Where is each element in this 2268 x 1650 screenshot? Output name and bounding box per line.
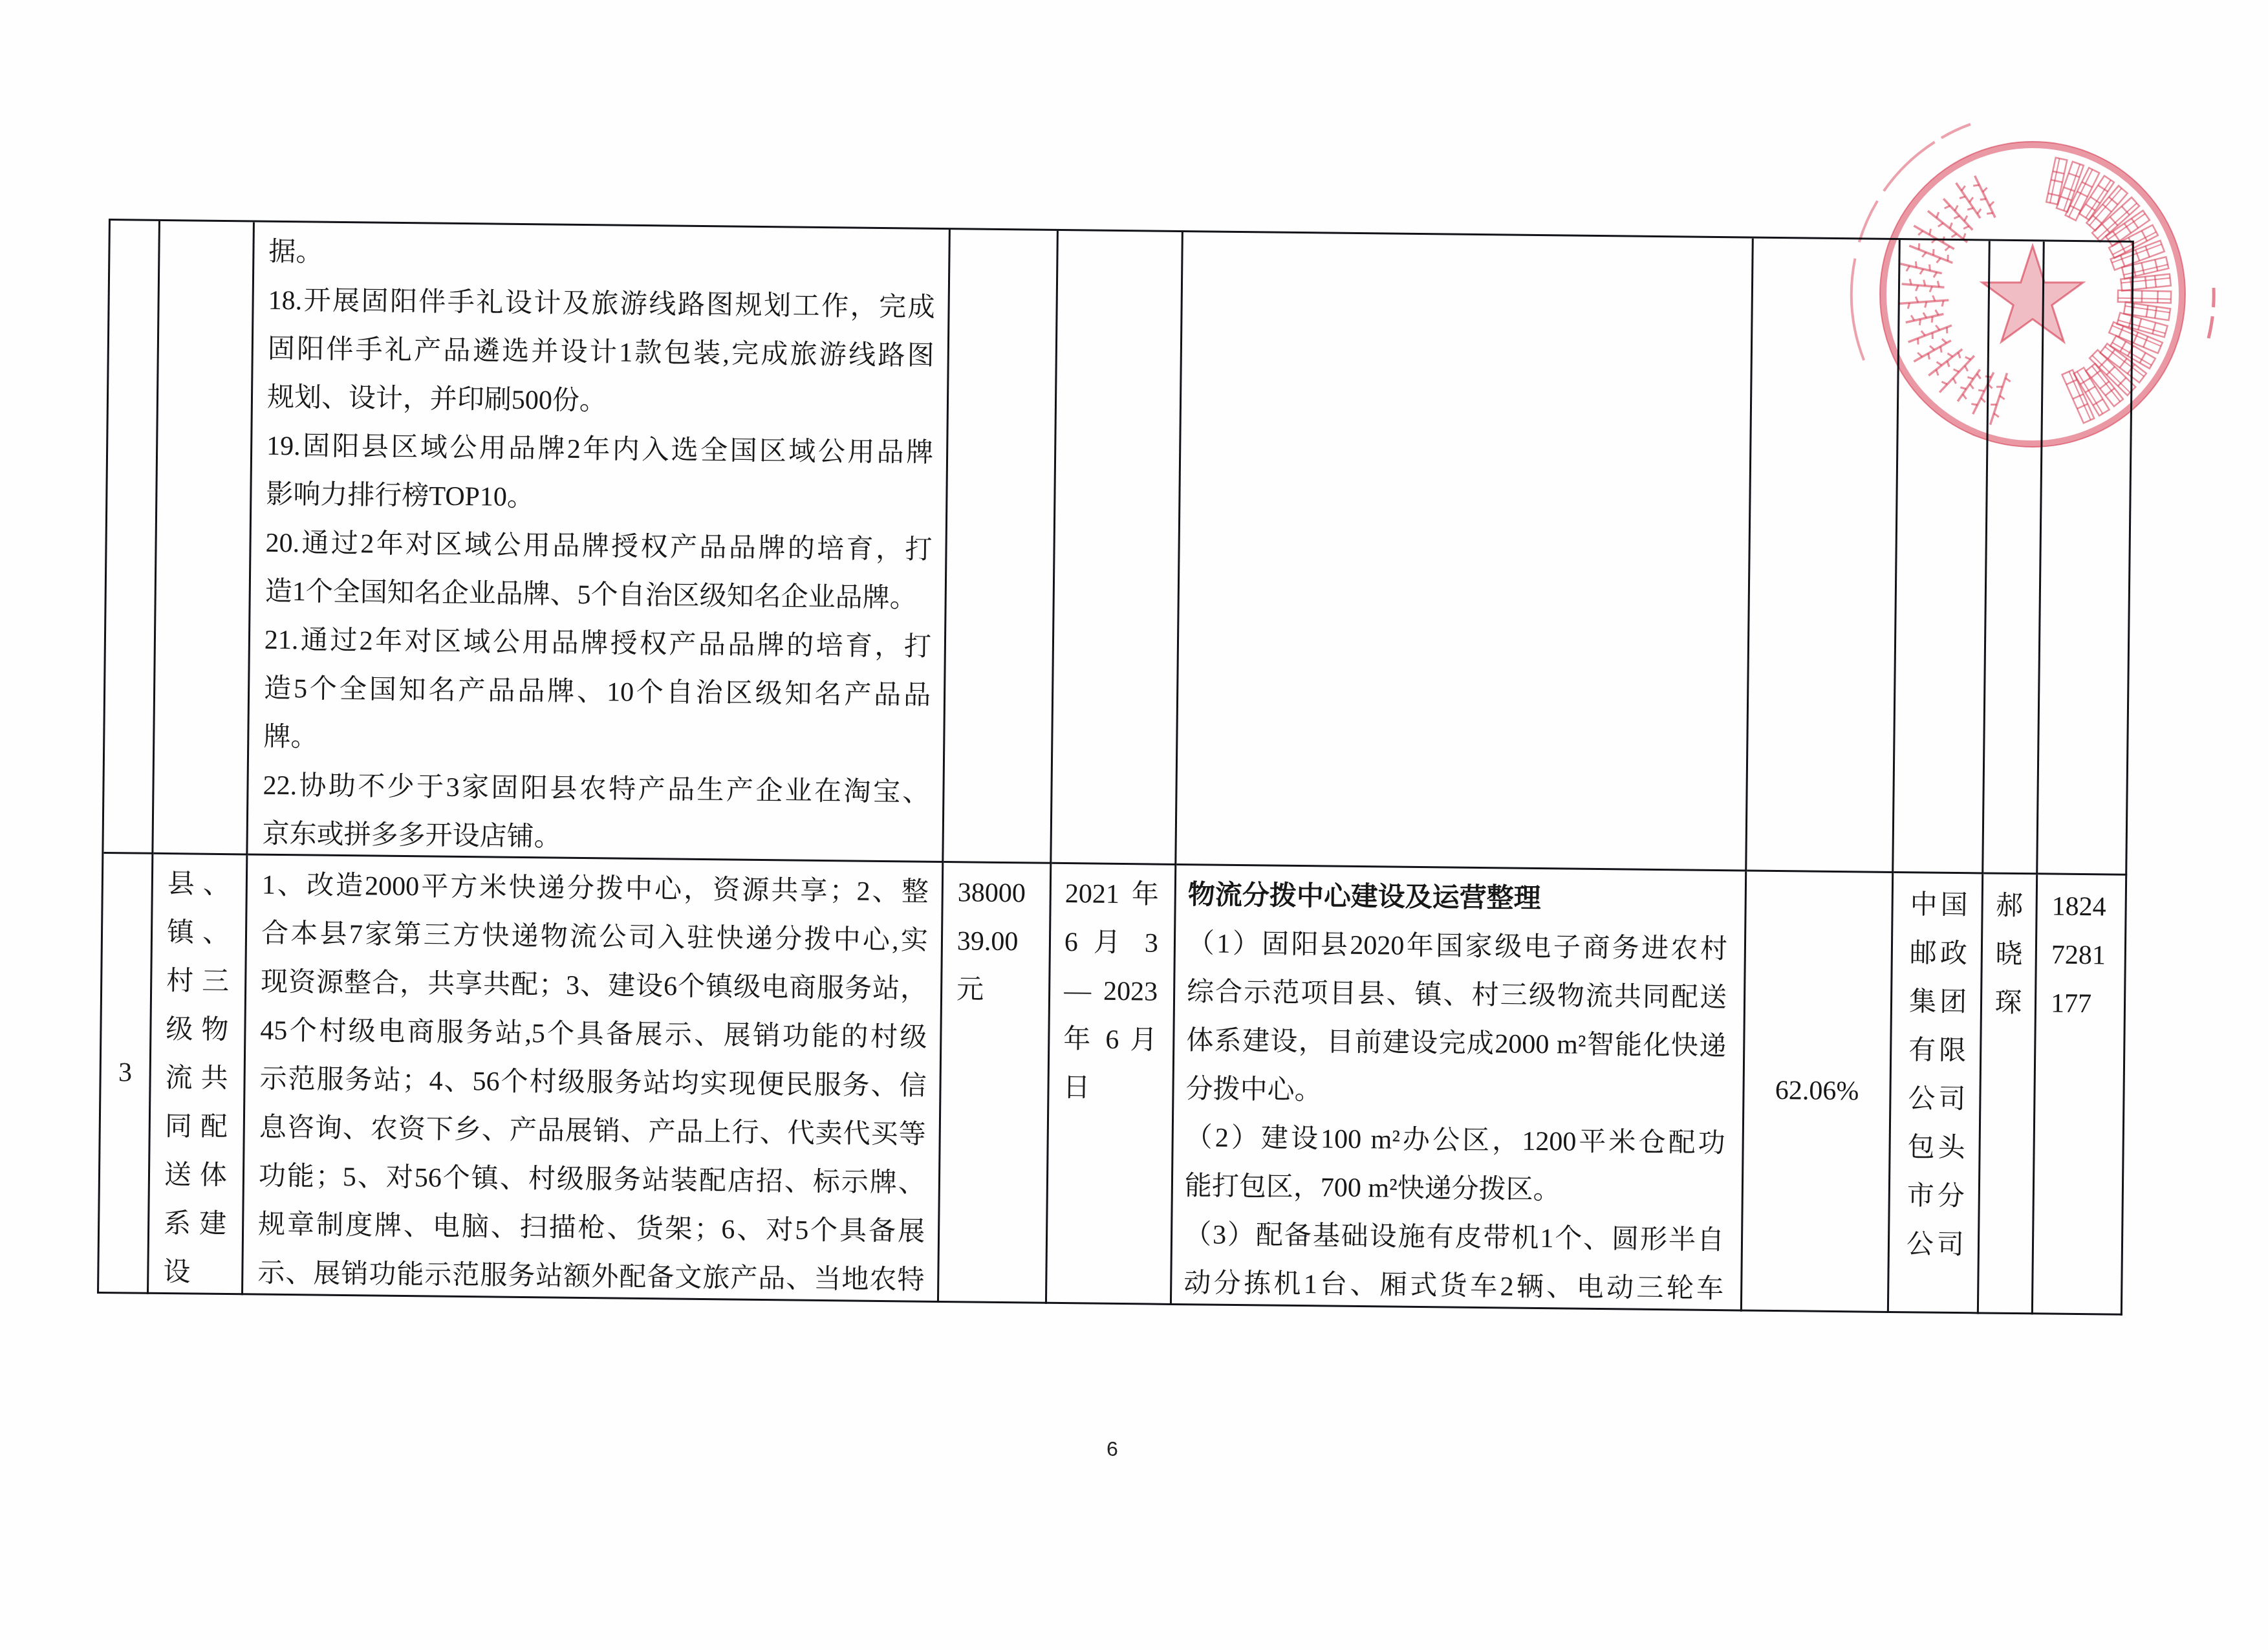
text-line: 息咨询、农资下乡、产品展销、产品上行、代卖代买等: [259, 1104, 926, 1160]
text-line: 22.协助不少于3家固阳县农特产品生产企业在淘宝、: [263, 762, 930, 818]
progress-title: [1194, 238, 1735, 292]
unit-lines: 中国邮政集团有限公司包头市分公司: [1906, 881, 1980, 1270]
seal-script-stroke: [2090, 197, 2100, 203]
seal-script-stroke: [2082, 182, 2092, 187]
text-line: 元: [956, 966, 1045, 1015]
seal-script-stroke: [2092, 197, 2139, 241]
seal-script-stroke: [2086, 186, 2127, 230]
seal-script-stroke: [2155, 276, 2156, 287]
text-line: 19.固阳县区域公用品牌2年内入选全国区域公用品牌: [266, 422, 934, 478]
seal-script-stroke: [1963, 215, 1969, 221]
text-line: 分拨中心。: [1185, 1065, 1726, 1120]
seal-script-stroke: [1918, 230, 1923, 236]
cell-completion-rate: 62.06%: [1742, 871, 1894, 1312]
text-line: 能打包区，700 m²快递分拨区。: [1184, 1162, 1725, 1217]
text-line: 20.通过2年对区域公用品牌授权产品品牌的培育，打: [265, 519, 933, 575]
seal-script-stroke: [1982, 188, 1988, 192]
seal-script-stroke: [1967, 206, 1973, 212]
seal-script-stroke: [2110, 217, 2118, 225]
contact-lines: [1991, 248, 2043, 249]
text-line: 晓: [1982, 930, 2035, 979]
period-lines: [1072, 237, 1166, 238]
seal-script-stroke: [2108, 213, 2145, 239]
seal-script-stroke: [1928, 229, 1932, 235]
seal-script-stroke: [2142, 231, 2147, 241]
seal-script-stroke: [2060, 197, 2071, 201]
text-line: 1824: [2051, 883, 2125, 932]
text-line: 公司: [1908, 1075, 1978, 1124]
progress-paragraphs: （1）固阳县2020年国家级电子商务进农村综合示范项目县、镇、村三级物流共同配送…: [1183, 920, 1727, 1311]
seal-script-stroke: [1952, 233, 1957, 239]
seal-script-stroke: [1943, 199, 1972, 230]
seal-script-stroke: [2152, 323, 2155, 334]
progress-paragraph: （3）配备基础设施有皮带机1个、圆形半自动分拣机1台、厢式货车2辆、电动三轮车: [1183, 1211, 1725, 1311]
seal-script-stroke: [1969, 173, 2000, 221]
text-line: 39.00: [957, 917, 1046, 966]
text-line: 公司: [1906, 1221, 1977, 1270]
seal-script-stroke: [2145, 246, 2149, 257]
phone-lines: [2059, 250, 2132, 250]
seal-script-stroke: [1935, 212, 1940, 218]
project-progress-table: 据。18.开展固阳伴手礼设计及旅游线路图规划工作，完成固阳伴手礼产品遴选并设计1…: [97, 219, 2134, 1316]
seal-script-stroke: [2086, 204, 2095, 211]
cell-contact-person: [1983, 241, 2045, 874]
text-line: 流共: [165, 1054, 228, 1103]
seal-script-stroke: [2124, 223, 2131, 233]
seal-script-stroke: [1956, 183, 1980, 218]
text-line: 7281: [2051, 931, 2124, 981]
content-paragraph: 18.开展固阳伴手礼设计及旅游线路图规划工作，完成固阳伴手礼产品遴选并设计1款包…: [267, 277, 935, 429]
text-line: 中国: [1910, 881, 1980, 930]
seal-script-stroke: [1949, 223, 1954, 228]
seal-script-stroke: [2086, 186, 2127, 230]
text-line: 1、改造2000平方米快递分拨中心，资源共享；2、整: [261, 862, 929, 917]
cell-construction-content: 1、改造2000平方米快递分拨中心，资源共享；2、整合本县7家第三方快递物流公司…: [243, 855, 944, 1303]
seal-script-stroke: [1987, 211, 1993, 215]
seal-script-stroke: [2057, 162, 2084, 212]
text-line: 邮政: [1909, 929, 1980, 979]
seal-script-stroke: [2143, 336, 2148, 347]
cell-investment: [944, 230, 1059, 864]
project-name-lines: [175, 227, 237, 228]
seal-script-stroke: [1954, 215, 1960, 220]
seal-script-stroke: [1938, 222, 1943, 228]
text-line: 177: [2051, 980, 2124, 1029]
text-line: 功能；5、对56个镇、村级服务站装配店招、标示牌、: [259, 1153, 926, 1208]
text-line: 同配: [164, 1103, 228, 1152]
seal-script-stroke: [1928, 211, 1967, 243]
seal-script-stroke: [2066, 168, 2100, 220]
text-line: 2021 年: [1064, 870, 1159, 920]
cell-investment: 3800039.00元: [939, 863, 1052, 1304]
text-line: 造1个全国知名企业品牌、5个自治区级知名企业品牌。: [265, 568, 932, 624]
text-line: （1）固阳县2020年国家级电子商务进农村: [1187, 920, 1728, 974]
text-line: 45个村级电商服务站,5个具备展示、展销功能的村级: [260, 1007, 927, 1063]
seal-script-stroke: [1951, 180, 1985, 222]
text-line: 集团: [1909, 978, 1980, 1027]
content-paragraph: 20.通过2年对区域公用品牌授权产品品牌的培育，打造1个全国知名企业品牌、5个自…: [265, 519, 933, 624]
cell-project-name: [153, 221, 255, 856]
content-paragraph: 19.固阳县区域公用品牌2年内入选全国区域公用品牌影响力排行榜TOP10。: [266, 422, 934, 526]
text-line: 牌。: [263, 713, 931, 769]
cell-phone: [2038, 241, 2134, 875]
text-line: （3）配备基础设施有皮带机1个、圆形半自: [1184, 1211, 1725, 1265]
seal-script-stroke: [2057, 162, 2084, 212]
cell-seq: [103, 221, 160, 854]
seal-script-stroke: [2050, 158, 2060, 202]
text-line: 38000: [957, 869, 1046, 918]
seal-script-stroke: [1976, 209, 1982, 214]
seal-script-stroke: [1954, 206, 1960, 211]
seal-script-stroke: [2102, 224, 2110, 232]
text-line: 影响力排行榜TOP10。: [266, 471, 933, 526]
seal-script-stroke: [1960, 186, 1966, 191]
seal-script-stroke: [2155, 307, 2157, 318]
text-line: 京东或拼多多开设店铺。: [262, 810, 929, 863]
seal-script-stroke: [1963, 224, 1969, 230]
seal-script-stroke: [2079, 176, 2114, 220]
content-paragraphs: 据。18.开展固阳伴手礼设计及旅游线路图规划工作，完成固阳伴手礼产品遴选并设计1…: [262, 228, 935, 863]
seal-script-stroke: [2046, 158, 2067, 204]
seal-script-stroke: [2048, 193, 2060, 196]
cell-construction-content: 据。18.开展固阳伴手礼设计及旅游线路图规划工作，完成固阳伴手礼产品遴选并设计1…: [248, 222, 951, 863]
text-line: 21.通过2年对区域公用品牌授权产品品牌的培育，打: [265, 616, 932, 672]
phone-lines: 18247281177: [2051, 883, 2125, 1029]
content-paragraph: 据。: [268, 228, 936, 284]
investment-lines: [965, 235, 1053, 236]
seal-script-stroke: [2140, 353, 2146, 363]
text-line: 年 6 月 2: [1063, 1015, 1158, 1065]
cell-responsible-unit: 中国邮政集团有限公司包头市分公司: [1889, 873, 1983, 1314]
project-name-lines: 县、镇、村三级物流共同配送体系建设: [163, 860, 230, 1295]
seal-script-stroke: [2109, 197, 2118, 205]
text-line: （2）建设100 m²办公区，1200平米仓配功: [1185, 1114, 1725, 1168]
cell-completion-rate: [1747, 239, 1901, 873]
seal-script-stroke: [2077, 191, 2088, 197]
seal-script-stroke: [2090, 188, 2122, 226]
text-line: 有限: [1908, 1026, 1979, 1076]
seal-ghost-ring: [2209, 288, 2214, 338]
seal-script-stroke: [1969, 197, 1974, 202]
text-line: 据。: [268, 228, 936, 284]
cell-contact-person: 郝晓琛: [1979, 874, 2038, 1314]
seal-script-stroke: [2064, 164, 2080, 211]
progress-title: 物流分拨中心建设及运营整理: [1187, 871, 1728, 926]
seal-script-stroke: [2079, 176, 2114, 220]
text-line: 日: [1063, 1064, 1157, 1114]
text-line: 包头: [1907, 1124, 1978, 1173]
seal-script-stroke: [1945, 204, 1950, 210]
text-line: — 2023: [1064, 967, 1158, 1017]
seal-script-stroke: [1939, 195, 1977, 234]
contact-lines: 郝晓琛: [1982, 882, 2036, 1028]
seal-script-stroke: [2102, 204, 2111, 212]
text-line: 示、展销功能示范服务站额外配备文旅产品、当地农特: [257, 1250, 925, 1303]
seal-script-stroke: [1975, 176, 1996, 218]
text-line: 镇、: [167, 909, 230, 958]
text-line: 6 月 3 日: [1064, 918, 1159, 968]
text-line: 合本县7家第三方快递物流公司入驻快递分拨中心,实: [261, 910, 929, 966]
seal-script-stroke: [2053, 171, 2064, 174]
seal-script-stroke: [2141, 263, 2144, 274]
cell-progress: [1176, 232, 1754, 871]
seal-script-stroke: [2138, 319, 2141, 330]
text-line: 18.开展固阳伴手礼设计及旅游线路图规划工作，完成: [268, 277, 935, 332]
seal-script-stroke: [2113, 232, 2119, 241]
seal-script-stroke: [1973, 183, 1979, 188]
seal-script-stroke: [2145, 277, 2146, 288]
text-line: 体系建设，目前建设完成2000 m²智能化快递: [1186, 1017, 1727, 1071]
text-line: 郝: [1983, 882, 2036, 931]
content-paragraph: 21.通过2年对区域公用品牌授权产品品牌的培育，打造5个全国知名产品品牌、10个…: [263, 616, 931, 769]
content-paragraph: 1、改造2000平方米快递分拨中心，资源共享；2、整合本县7家第三方快递物流公司…: [257, 862, 929, 1303]
seal-script-stroke: [2133, 332, 2138, 343]
text-line: 固阳伴手礼产品遴选并设计1款包装,完成旅游线路图: [267, 325, 934, 381]
text-line: 示范服务站；4、56个村级服务站均实现便民服务、信: [259, 1056, 927, 1111]
text-line: 送体: [164, 1151, 228, 1200]
text-line: 系建: [164, 1200, 227, 1249]
seal-script-stroke: [1989, 202, 1994, 206]
seal-script-stroke: [2155, 259, 2157, 271]
text-line: 市分: [1906, 1172, 1977, 1221]
period-lines: 2021 年6 月 3 日— 2023年 6 月 2日: [1063, 870, 1159, 1114]
content-paragraph: 22.协助不少于3家固阳县农特产品生产企业在淘宝、京东或拼多多开设店铺。: [262, 762, 930, 863]
text-line: 综合示范项目县、镇、村三级物流共同配送: [1187, 968, 1727, 1023]
text-line: 造5个全国知名产品品牌、10个自治区级知名产品品: [264, 665, 931, 721]
seal-script-stroke: [2066, 168, 2100, 220]
seal-script-stroke: [2097, 203, 2137, 239]
seal-script-stroke: [2098, 185, 2108, 191]
page-number: 6: [1093, 1436, 1132, 1462]
cell-progress: 物流分拨中心建设及运营整理 （1）固阳县2020年国家级电子商务进农村综合示范项…: [1172, 865, 1747, 1312]
seal-script-stroke: [2092, 197, 2139, 241]
progress-paragraph: （1）固阳县2020年国家级电子商务进农村综合示范项目县、镇、村三级物流共同配送…: [1185, 920, 1727, 1120]
seal-script-stroke: [2086, 180, 2111, 217]
cell-seq: 3: [99, 854, 153, 1294]
text-line: 现资源整合，共享共配；3、建设6个镇级电商服务站，: [261, 959, 928, 1014]
cell-period: [1052, 231, 1183, 865]
text-line: 规划、设计，并印刷500份。: [267, 374, 934, 429]
seal-script-stroke: [2051, 180, 2062, 182]
cell-phone: 18247281177: [2033, 874, 2127, 1315]
seal-script-stroke: [2093, 215, 2102, 223]
cell-responsible-unit: [1894, 240, 1991, 874]
text-line: 村三: [166, 957, 230, 1006]
seal-script-stroke: [2046, 158, 2067, 204]
progress-paragraph: （2）建设100 m²办公区，1200平米仓配功能打包区，700 m²快递分拨区…: [1184, 1114, 1725, 1217]
text-line: 动分拣机1台、厢式货车2辆、电动三轮车: [1183, 1259, 1724, 1311]
text-line: 琛: [1982, 979, 2035, 1028]
seal-script-stroke: [2069, 173, 2080, 177]
investment-lines: 3800039.00元: [956, 869, 1046, 1015]
text-line: 规章制度牌、电脑、扫描枪、货架；6、对5个具备展: [258, 1201, 925, 1257]
seal-script-stroke: [2135, 250, 2139, 261]
cell-period: 2021 年6 月 3 日— 2023年 6 月 2日: [1047, 864, 1176, 1305]
seal-script-stroke: [2069, 169, 2092, 217]
text-line: 级物: [166, 1006, 229, 1055]
cell-project-name: 县、镇、村三级物流共同配送体系建设: [149, 854, 248, 1296]
text-line: 设: [163, 1248, 226, 1295]
seal-script-stroke: [2132, 219, 2138, 228]
content-paragraphs: 1、改造2000平方米快递分拨中心，资源共享；2、整合本县7家第三方快递物流公司…: [257, 862, 929, 1303]
text-line: 县、: [167, 860, 230, 909]
seal-script-stroke: [1980, 197, 1986, 202]
document-page: 据。18.开展固阳伴手礼设计及旅游线路图规划工作，完成固阳伴手礼产品遴选并设计1…: [0, 0, 2268, 1650]
seal-script-stroke: [2070, 206, 2080, 211]
seal-script-stroke: [2064, 188, 2075, 191]
seal-script-stroke: [1960, 195, 1965, 200]
seal-script-stroke: [2122, 206, 2130, 215]
unit-lines: [1917, 248, 1987, 248]
seal-script-stroke: [2146, 305, 2148, 317]
